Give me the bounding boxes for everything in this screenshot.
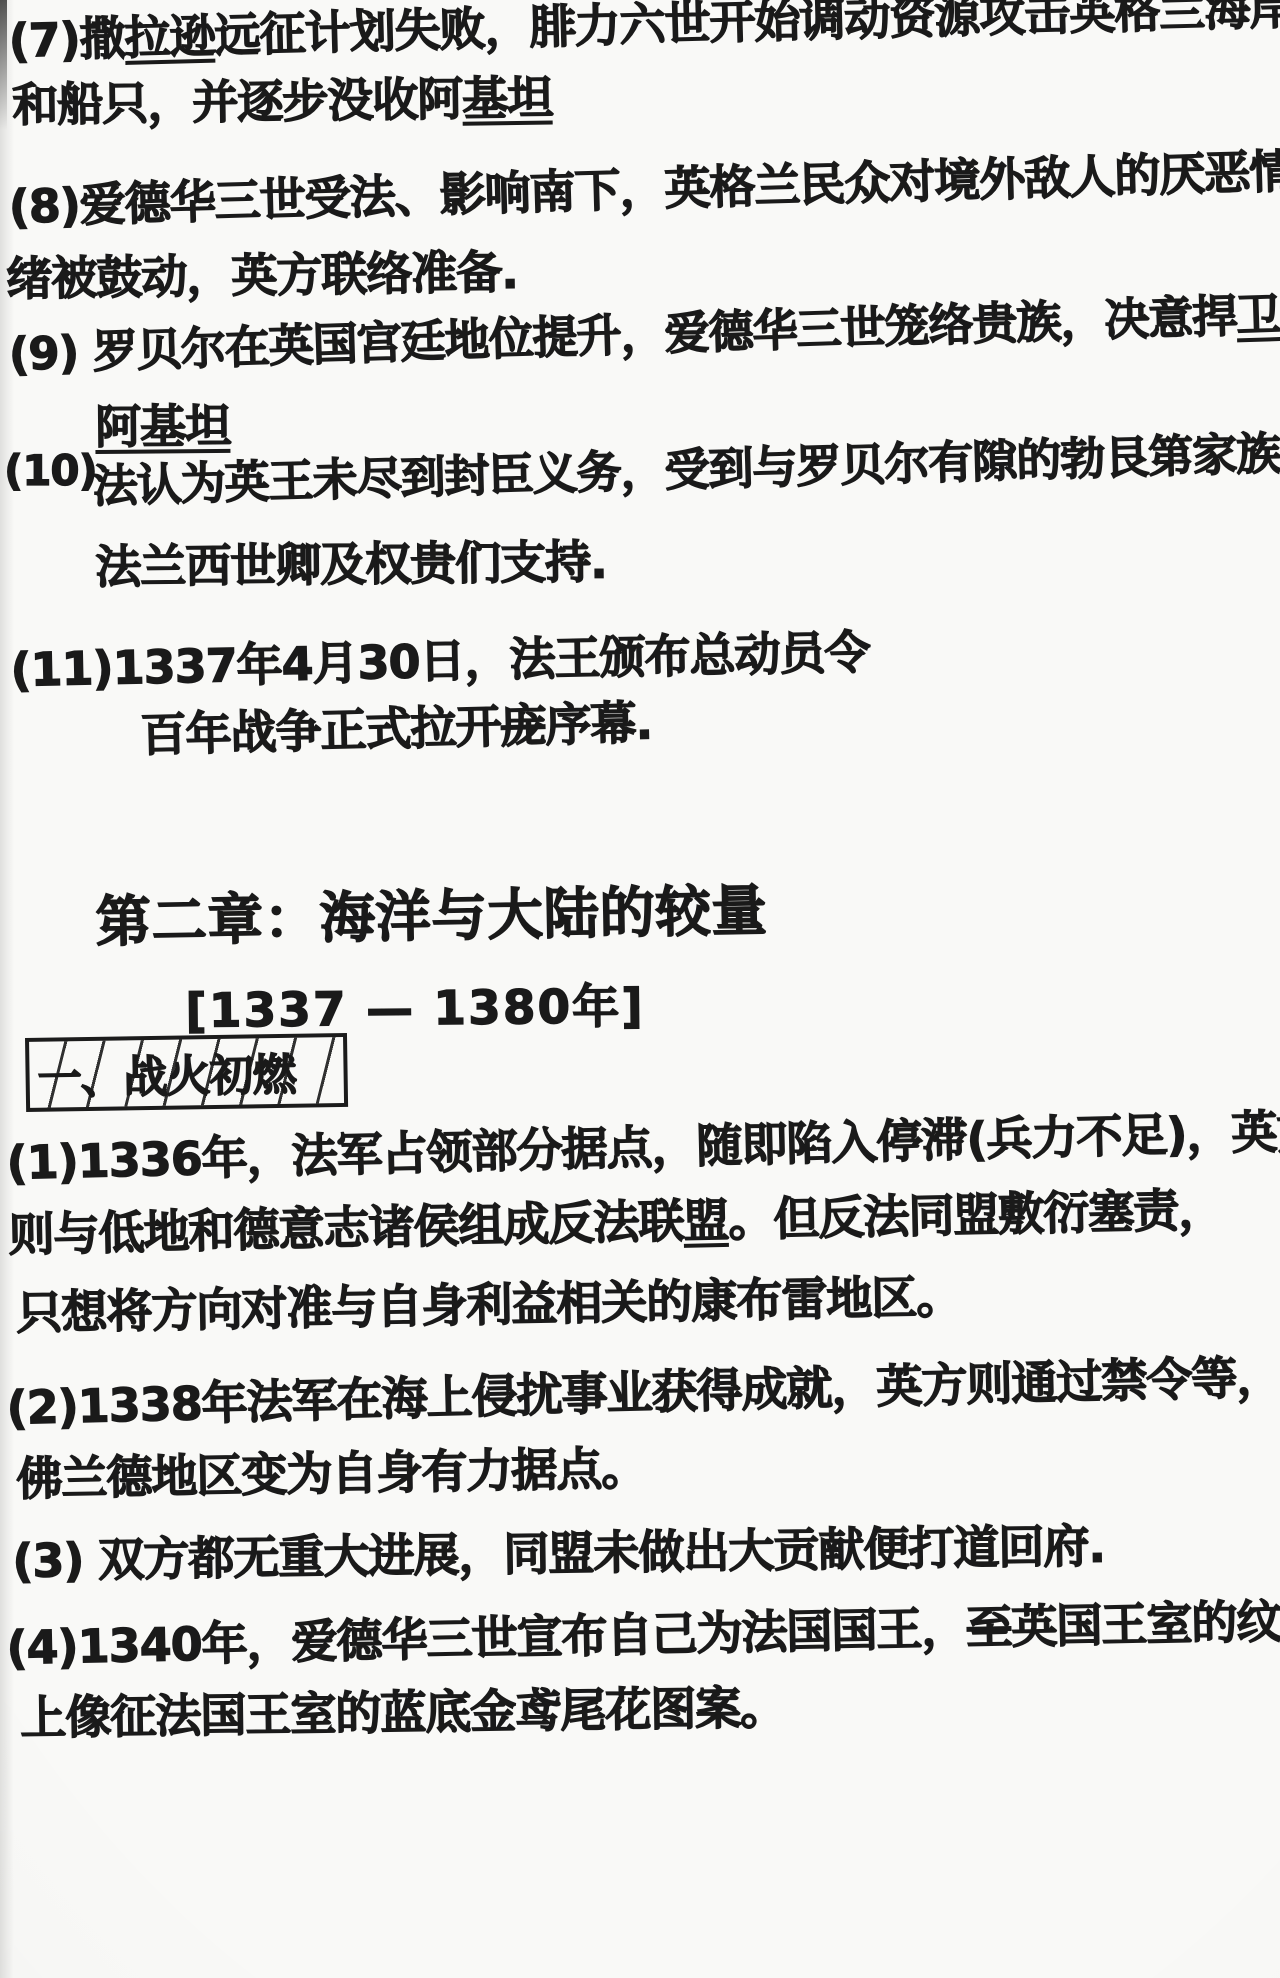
text-segment: 只想将方向对准与自身利益相关的康布雷地区。 [16,1270,962,1340]
handwritten-line-item11-line1: (11)1337年4月30日，法王颁布总动员令 [10,625,870,698]
section-heading-box: 一、战火初燃 [25,1033,348,1112]
text-segment: 上像征法国王室的蓝底金鸢尾花图案。 [20,1680,786,1745]
text-segment: 基坦 [462,70,553,125]
handwritten-line-item7-line2: 和船只，并逐步没收阿基坦 [12,70,553,133]
handwritten-line-item3-line1: (3) 双方都无重大进展，同盟未做出大贡献便打道回府. [12,1519,1105,1589]
chapter-subtitle: [1337 — 1380年] [185,969,645,1041]
handwritten-line-item8-line2: 绪被鼓动，英方联络准备. [6,245,518,307]
text-segment: 英国王室的纹章也添 [1011,1591,1280,1653]
handwritten-notes-page: 第二章：海洋与大陆的较量 [1337 — 1380年] 一、战火初燃 (7)撒拉… [0,0,1280,1978]
handwritten-line-item4-line2: 上像征法国王室的蓝底金鸢尾花图案。 [20,1680,786,1746]
text-segment: 至 [966,1600,1012,1655]
text-segment: 百年战争正式拉开 [140,699,501,762]
handwritten-line-item1-line3: 只想将方向对准与自身利益相关的康布雷地区。 [16,1270,962,1342]
text-segment: (4)1340年，爱德华三世宣布自己为法国国王， [6,1601,967,1675]
handwritten-line-item10-marker: (10) [4,446,97,496]
text-segment: 和船只，并逐步没收阿 [12,72,463,132]
handwritten-line-item11-line2: 百年战争正式拉开庞序幕. [140,696,653,764]
text-segment: (1)1336年，法军占领部分据点，随即陷入停滞(兵力不足)，英方 [6,1104,1280,1190]
handwritten-line-item2-line2: 佛兰德地区变为自身有力据点。 [16,1441,647,1507]
text-segment: 则与低地和德意志诸侯组成反法联 [8,1194,684,1262]
text-segment: 盟 [683,1193,729,1248]
handwritten-line-item4-line1: (4)1340年，爱德华三世宣布自己为法国国王，至英国王室的纹章也添 [6,1591,1280,1676]
text-segment: 拉逊 [124,9,215,65]
text-segment: (2)1338年法军在海上侵扰事业获得成就，英方则通过禁令等，将 [6,1349,1280,1435]
text-segment: 。但反法同盟敷衍塞责， [728,1183,1224,1247]
text-segment: 佛兰德地区变为自身有力据点。 [16,1441,647,1506]
handwritten-line-item10-line1: 法认为英王未尽到封臣义务，受到与罗贝尔有隙的勃艮第家族等 [92,426,1280,514]
handwritten-line-item2-line1: (2)1338年法军在海上侵扰事业获得成就，英方则通过禁令等，将 [6,1349,1280,1436]
section-heading: 一、战火初燃 [37,1039,296,1107]
handwritten-line-item7-line1: (7)撒拉逊远征计划失败，腓力六世开始调动资源攻击英格兰海岸 [8,0,1280,69]
handwritten-line-item1-line1: (1)1336年，法军占领部分据点，随即陷入停滞(兵力不足)，英方 [6,1104,1280,1191]
text-segment: (11)1337年4月30日，法王颁布总动员令 [10,625,870,697]
text-segment: 法认为英王未尽到封臣义务，受到与罗贝尔有隙的勃艮第家族等 [92,426,1280,513]
text-segment: (8)爱德华三世受法、影响南下，英格兰民众对境外敌人的厌恶情 [8,144,1280,234]
text-segment: 序幕. [545,696,653,753]
text-segment: 庞 [500,698,546,753]
text-segment: 法兰西世卿及权贵们支持. [95,535,607,594]
handwritten-line-item10-line2: 法兰西世卿及权贵们支持. [95,535,607,596]
text-segment: (10) [4,446,97,495]
paper-edge-shadow [0,0,7,130]
handwritten-line-item8-line1: (8)爱德华三世受法、影响南下，英格兰民众对境外敌人的厌恶情 [8,144,1280,235]
handwritten-line-item9-line2: 阿基坦 [95,399,230,455]
text-segment: 绪被鼓动，英方联络准备. [6,245,518,306]
text-segment: 阿基坦 [95,399,230,454]
text-segment: 远征计划失败，腓力六世开始调动资源攻击英格兰海岸 [214,0,1280,63]
handwritten-line-item1-line2: 则与低地和德意志诸侯组成反法联盟。但反法同盟敷衍塞责， [8,1183,1224,1264]
chapter-title: 第二章：海洋与大陆的较量 [95,866,768,957]
text-segment: (3) 双方都无重大进展，同盟未做出大贡献便打道回府. [12,1519,1105,1588]
text-segment: (7)撒 [8,11,125,68]
text-segment: 卫 [1236,288,1280,342]
